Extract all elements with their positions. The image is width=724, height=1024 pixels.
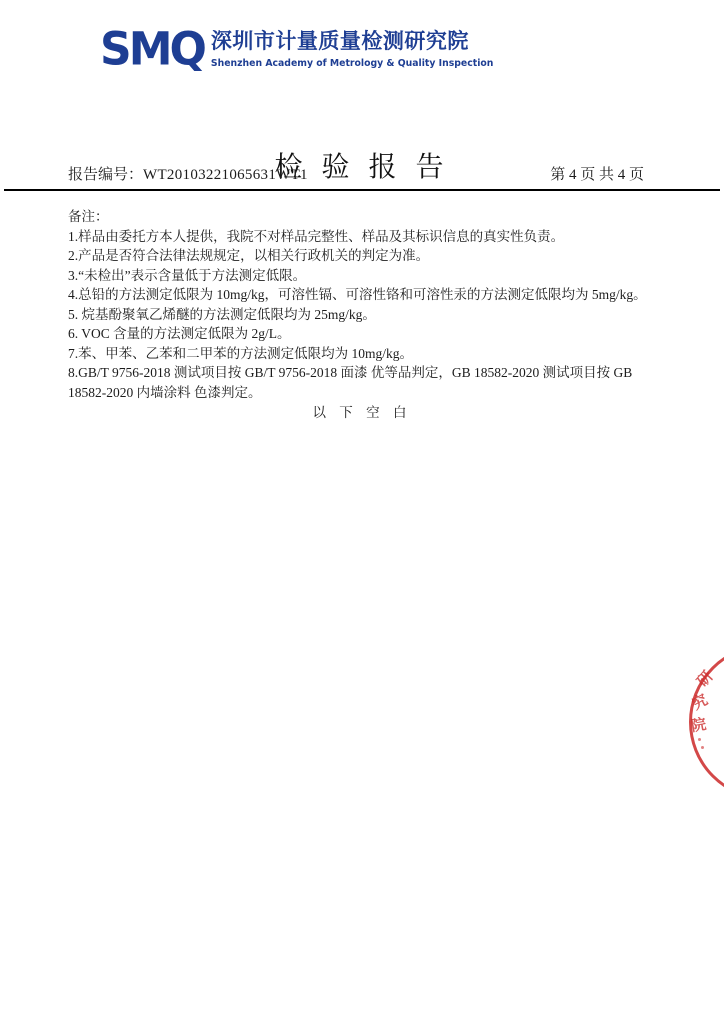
org-names: 深圳市计量质量检测研究院 Shenzhen Academy of Metrolo… <box>211 26 724 71</box>
report-number-label: 报告编号： <box>68 167 143 183</box>
remarks-heading: 备注： <box>68 207 656 227</box>
page-info: 第 4 页 共 4 页 <box>550 166 644 184</box>
report-meta-row: 报告编号：WT20103221065631WT1 第 4 页 共 4 页 <box>68 166 644 184</box>
remark-item-2: 2.产品是否符合法律法规规定，以相关行政机关的判定为准。 <box>68 246 656 266</box>
blank-below-marker: 以 下 空 白 <box>68 403 656 423</box>
remark-item-5: 5. 烷基酚聚氧乙烯醚的方法测定低限均为 25mg/kg。 <box>68 305 656 325</box>
remark-item-7: 7.苯、甲苯、乙苯和二甲苯的方法测定低限均为 10mg/kg。 <box>68 344 656 364</box>
report-number-value: WT20103221065631WT1 <box>143 167 308 183</box>
report-number: 报告编号：WT20103221065631WT1 <box>68 166 308 184</box>
remark-item-4: 4.总铅的方法测定低限为 10mg/kg，可溶性镉、可溶性铬和可溶性汞的方法测定… <box>68 285 656 305</box>
org-header: SMQ 深圳市计量质量检测研究院 Shenzhen Academy of Met… <box>100 26 724 72</box>
org-name-zh: 深圳市计量质量检测研究院 <box>211 29 469 53</box>
remark-item-3: 3.“未检出”表示含量低于方法测定低限。 <box>68 266 656 286</box>
remark-item-8: 8.GB/T 9756-2018 测试项目按 GB/T 9756-2018 面漆… <box>68 363 656 402</box>
remark-item-1: 1.样品由委托方本人提供，我院不对样品完整性、样品及其标识信息的真实性负责。 <box>68 227 656 247</box>
seal-ink-dot <box>698 738 701 741</box>
seal-ink-dot <box>701 746 704 749</box>
header-rule <box>4 189 720 191</box>
smq-logo: SMQ <box>100 26 204 74</box>
remark-item-6: 6. VOC 含量的方法测定低限为 2g/L。 <box>68 324 656 344</box>
org-name-en: Shenzhen Academy of Metrology & Quality … <box>211 58 494 69</box>
remarks-section: 备注： 1.样品由委托方本人提供，我院不对样品完整性、样品及其标识信息的真实性负… <box>68 207 656 423</box>
report-page: SMQ 深圳市计量质量检测研究院 Shenzhen Academy of Met… <box>0 0 724 1024</box>
